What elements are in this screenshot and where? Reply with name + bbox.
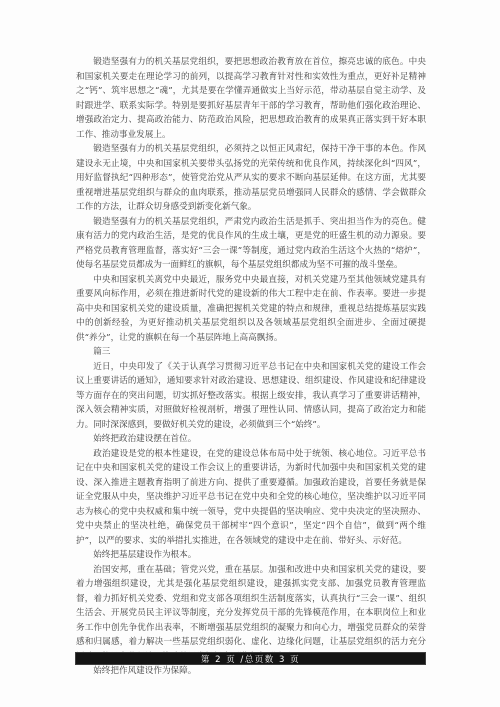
paragraph: 锻造坚强有力的机关基层党组织，严肃党内政治生活是抓手、突出担当作为的亮色。健康有… [76,215,426,273]
paragraph: 锻造坚强有力的机关基层党组织，必须持之以恒正风肃纪，保持干净干事的本色。作风建设… [76,142,426,215]
page-footer-text: 第 2 页 /总页数 3 页 [201,653,300,665]
paragraph: 近日，中央印发了《关于认真学习贯彻习近平总书记在中央和国家机关党的建设工作会议上… [76,360,426,433]
section-heading: 篇三 [76,345,426,360]
document-body: 锻造坚强有力的机关基层党组织，要把思想政治教育放在首位，擦亮忠诚的底色。中央和国… [76,55,426,679]
document-page: 锻造坚强有力的机关基层党组织，要把思想政治教育放在首位，擦亮忠诚的底色。中央和国… [0,0,500,707]
section-heading: 始终把作风建设作为保障。 [76,664,426,679]
section-heading: 始终把政治建设摆在首位。 [76,432,426,447]
paragraph: 锻造坚强有力的机关基层党组织，要把思想政治教育放在首位，擦亮忠诚的底色。中央和国… [76,55,426,142]
paragraph: 治国安邦，重在基础；管党兴党，重在基层。加强和改进中央和国家机关党的建设，要着力… [76,563,426,665]
paragraph: 中央和国家机关离党中央最近，服务党中央最直接，对机关党建乃至其他领域党建具有重要… [76,273,426,346]
page-footer-bar: 第 2 页 /总页数 3 页 [75,652,426,665]
section-heading: 始终把基层建设作为根本。 [76,548,426,563]
paragraph: 政治建设是党的根本性建设，在党的建设总体布局中处于统领、核心地位。习近平总书记在… [76,447,426,549]
